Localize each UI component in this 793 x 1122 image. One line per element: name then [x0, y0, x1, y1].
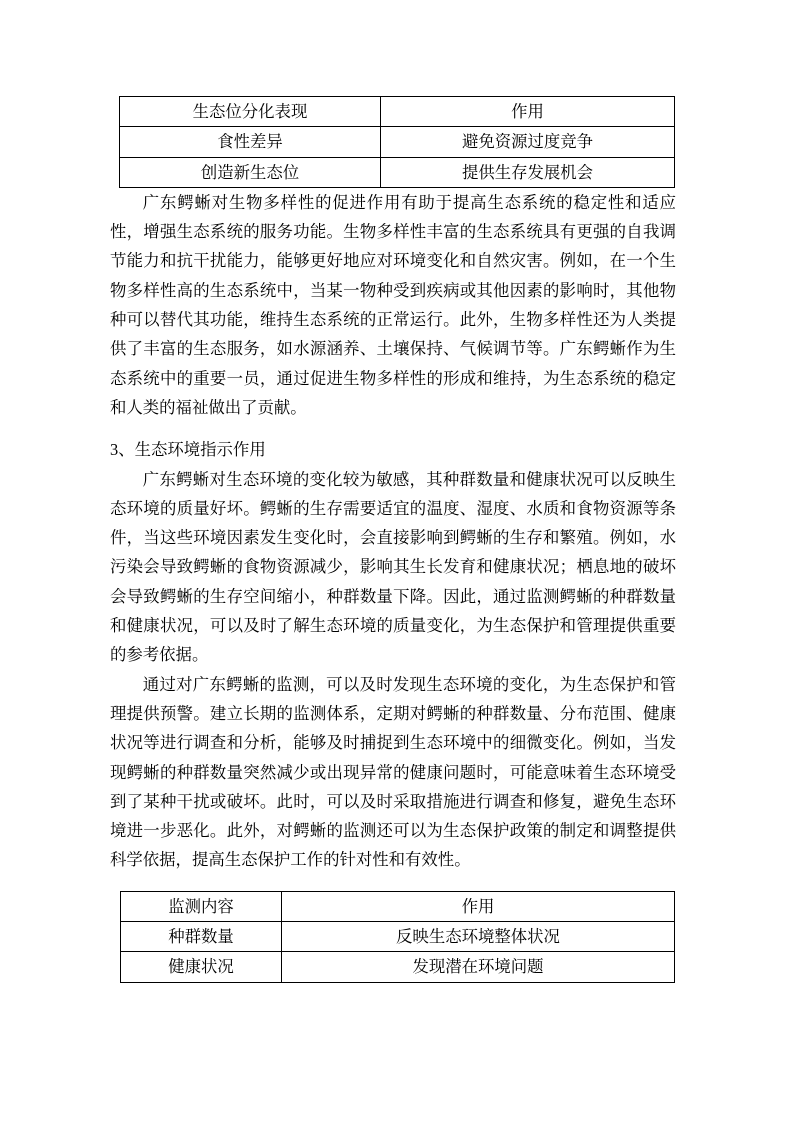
table-header-cell: 生态位分化表现: [120, 97, 381, 127]
paragraph-environment-sensitivity: 广东鳄蜥对生态环境的变化较为敏感，其种群数量和健康状况可以反映生态环境的质量好坏…: [110, 465, 676, 670]
table-cell: 种群数量: [121, 922, 282, 952]
paragraph-monitoring-value: 通过对广东鳄蜥的监测，可以及时发现生态环境的变化，为生态保护和管理提供预警。建立…: [110, 670, 676, 875]
table-header-row: 监测内容 作用: [121, 891, 675, 921]
table-cell: 避免资源过度竞争: [381, 127, 675, 157]
table-header-cell: 作用: [381, 97, 675, 127]
table-cell: 发现潜在环境问题: [282, 952, 675, 982]
monitoring-table: 监测内容 作用 种群数量 反映生态环境整体状况 健康状况 发现潜在环境问题: [120, 891, 675, 983]
document-page: 生态位分化表现 作用 食性差异 避免资源过度竞争 创造新生态位 提供生存发展机会…: [0, 0, 793, 1122]
table-row: 健康状况 发现潜在环境问题: [121, 952, 675, 982]
niche-differentiation-table: 生态位分化表现 作用 食性差异 避免资源过度竞争 创造新生态位 提供生存发展机会: [119, 96, 675, 188]
table-cell: 反映生态环境整体状况: [282, 922, 675, 952]
section-heading-eco-indicator: 3、生态环境指示作用: [110, 435, 676, 464]
table-row: 食性差异 避免资源过度竞争: [120, 127, 675, 157]
table-cell: 提供生存发展机会: [381, 157, 675, 187]
table-header-cell: 监测内容: [121, 891, 282, 921]
table-row: 种群数量 反映生态环境整体状况: [121, 922, 675, 952]
document-content: 生态位分化表现 作用 食性差异 避免资源过度竞争 创造新生态位 提供生存发展机会…: [110, 96, 676, 983]
table-header-row: 生态位分化表现 作用: [120, 97, 675, 127]
table-row: 创造新生态位 提供生存发展机会: [120, 157, 675, 187]
table-cell: 健康状况: [121, 952, 282, 982]
table-cell: 创造新生态位: [120, 157, 381, 187]
table-header-cell: 作用: [282, 891, 675, 921]
paragraph-biodiversity-benefit: 广东鳄蜥对生物多样性的促进作用有助于提高生态系统的稳定性和适应性，增强生态系统的…: [110, 188, 676, 422]
table-cell: 食性差异: [120, 127, 381, 157]
